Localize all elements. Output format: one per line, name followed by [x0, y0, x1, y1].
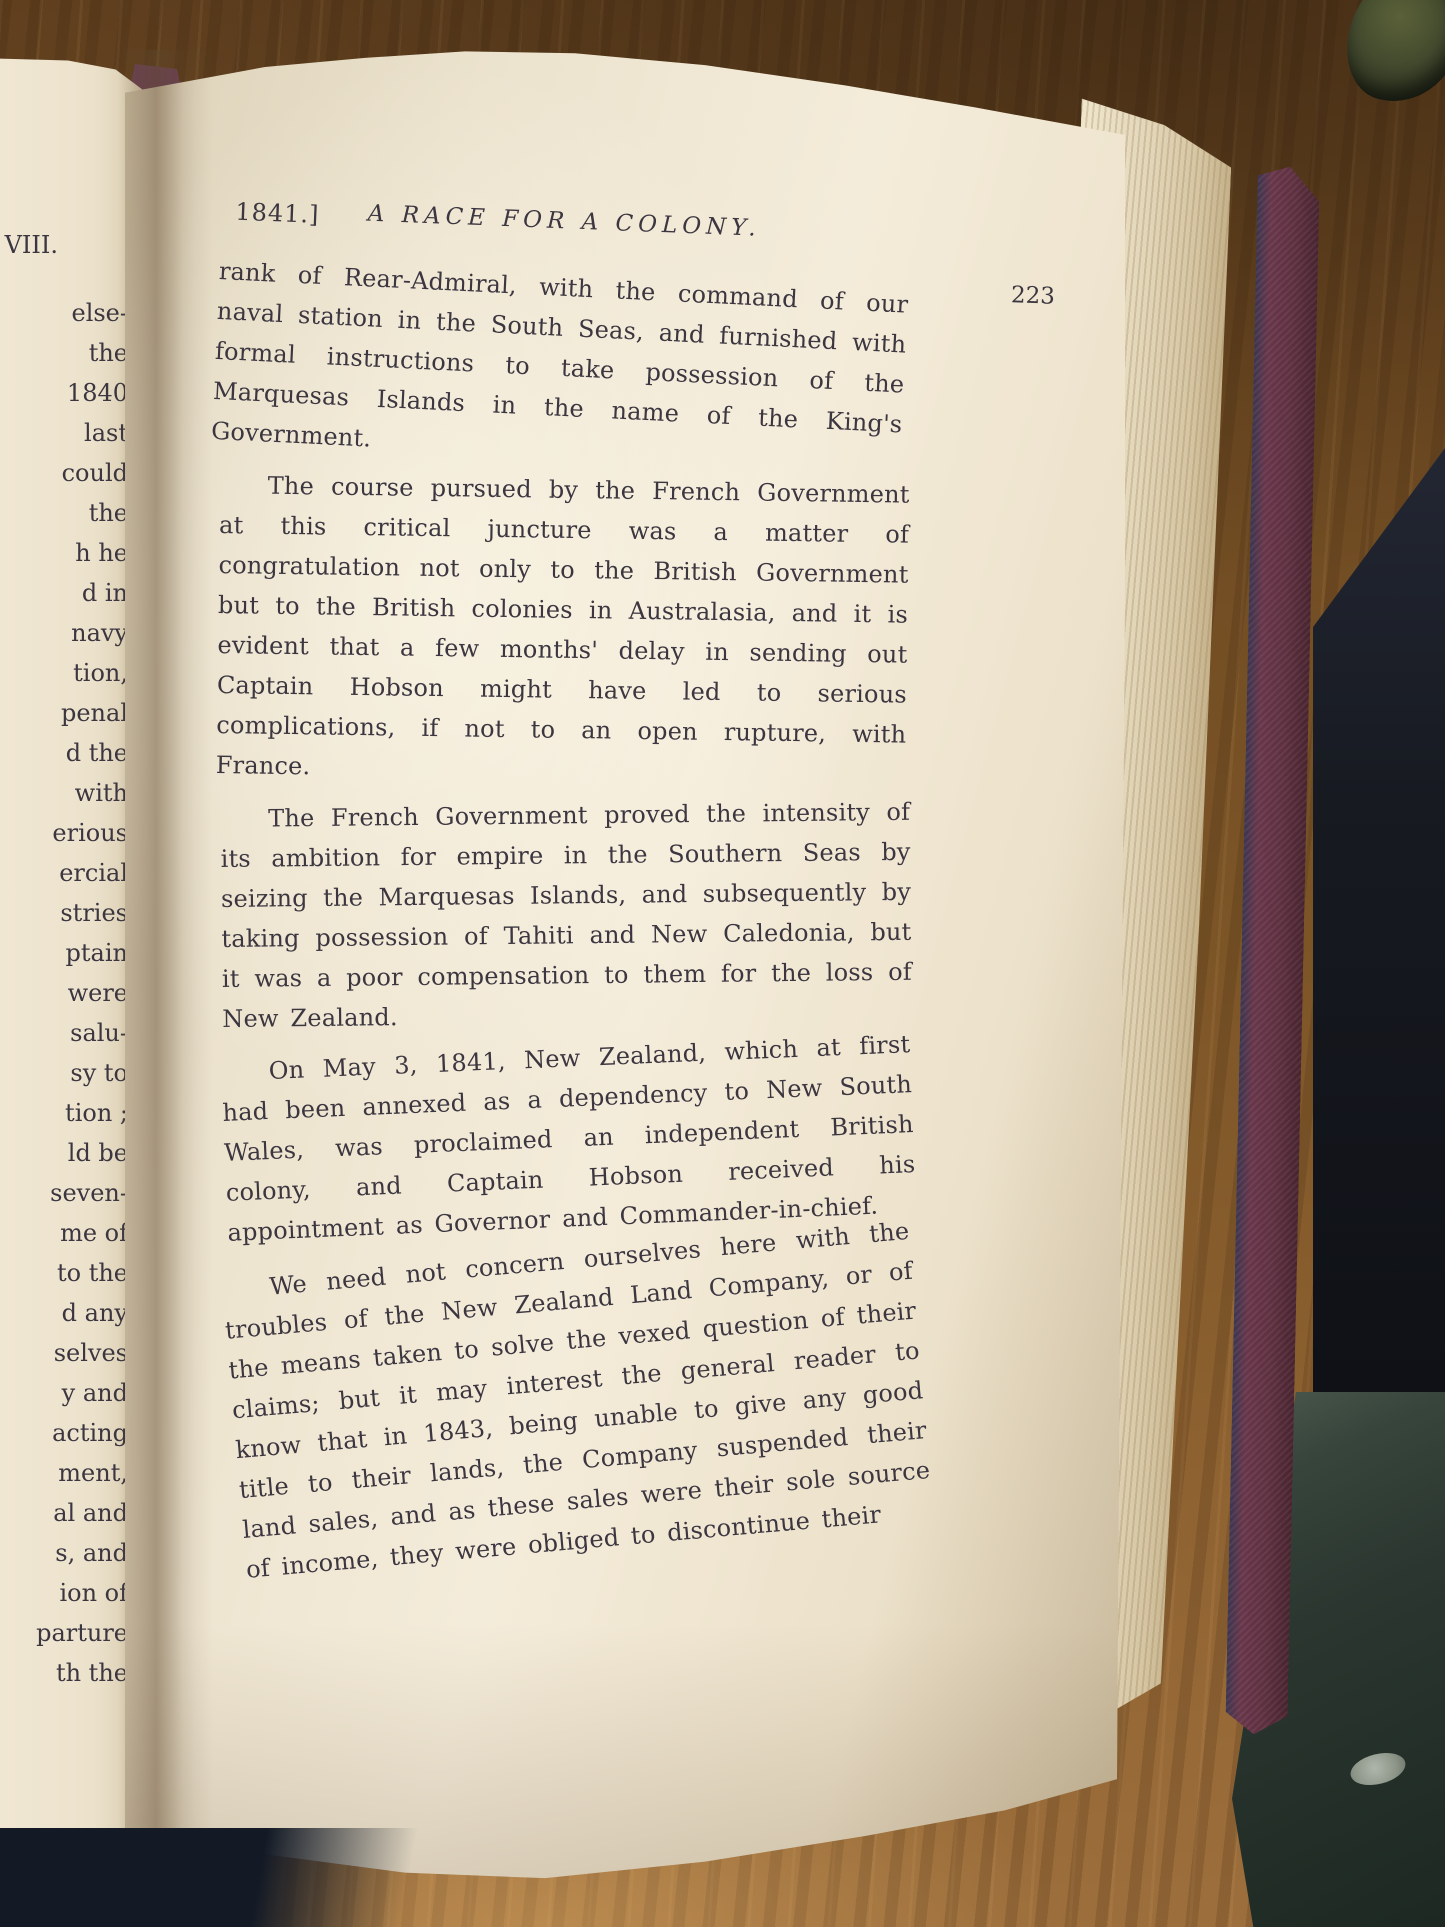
- left-page-fragment: selves: [0, 1333, 128, 1373]
- left-page-fragment: ercial: [0, 853, 128, 893]
- left-page-fragment: penal: [0, 693, 128, 733]
- left-page-fragment: with: [0, 773, 128, 813]
- table-shadow: [0, 1828, 540, 1927]
- page-header: 1841.] A RACE FOR A COLONY.: [219, 195, 909, 247]
- green-book-logo-icon: [1347, 1748, 1409, 1791]
- left-page-fragment: else-: [0, 293, 128, 333]
- left-page-fragment: s, and: [0, 1533, 128, 1573]
- year-marker: 1841.]: [235, 198, 320, 229]
- left-page-fragment: to the: [0, 1253, 128, 1293]
- left-page-fragment: ion of: [0, 1573, 128, 1613]
- left-page-fragment: ptain: [0, 933, 128, 973]
- left-page-fragment: al and: [0, 1493, 128, 1533]
- left-page-fragment: salu-: [0, 1013, 128, 1053]
- right-page: 1841.] A RACE FOR A COLONY. 223 rank of …: [125, 45, 1125, 1880]
- left-page-fragment: could: [0, 453, 128, 493]
- left-page-fragment: were: [0, 973, 128, 1013]
- left-page-fragment: navy: [0, 613, 128, 653]
- gutter-shadow: [118, 50, 213, 1880]
- left-page-fragment: last: [0, 413, 128, 453]
- left-page-fragment: d the: [0, 733, 128, 773]
- left-page-fragment: acting: [0, 1413, 128, 1453]
- dark-navy-book: [1313, 448, 1445, 1443]
- left-page-fragment: ld be: [0, 1133, 128, 1173]
- page-number: 223: [1011, 282, 1056, 310]
- paragraph-5: We need not concern ourselves here with …: [220, 1211, 935, 1590]
- running-title: A RACE FOR A COLONY.: [367, 201, 761, 242]
- left-page-fragment: y and: [0, 1373, 128, 1413]
- plant-object: [1332, 0, 1445, 118]
- left-page-fragment: d any: [0, 1293, 128, 1333]
- paragraph-3: The French Government proved the intensi…: [220, 792, 912, 1039]
- left-page-fragment: parture: [0, 1613, 128, 1653]
- left-page-fragment: me of: [0, 1213, 128, 1253]
- photo-scene: VIII. else-the1840lastcouldtheh hed inna…: [0, 0, 1445, 1927]
- left-page-fragment: 1840: [0, 373, 128, 413]
- left-page-fragment: the: [0, 493, 128, 533]
- left-page-fragment: tion,: [0, 653, 128, 693]
- left-page-fragment: erious: [0, 813, 128, 853]
- left-page-fragment: d in: [0, 573, 128, 613]
- paragraph-2: The course pursued by the French Governm…: [216, 465, 910, 795]
- left-page-fragment: seven-: [0, 1173, 128, 1213]
- page-content: 1841.] A RACE FOR A COLONY. 223 rank of …: [125, 45, 1125, 1880]
- left-page-fragment: ment,: [0, 1453, 128, 1493]
- left-page-fragment: th the: [0, 1653, 128, 1693]
- body-text: rank of Rear-Admiral, with the command o…: [220, 251, 910, 1591]
- left-page-fragment: sy to: [0, 1053, 128, 1093]
- left-page-fragment: tion ;: [0, 1093, 128, 1133]
- left-page-fragment: the: [0, 333, 128, 373]
- paragraph-1: rank of Rear-Admiral, with the command o…: [210, 251, 909, 484]
- left-page-fragment: stries: [0, 893, 128, 933]
- left-page-fragment: h he: [0, 533, 128, 573]
